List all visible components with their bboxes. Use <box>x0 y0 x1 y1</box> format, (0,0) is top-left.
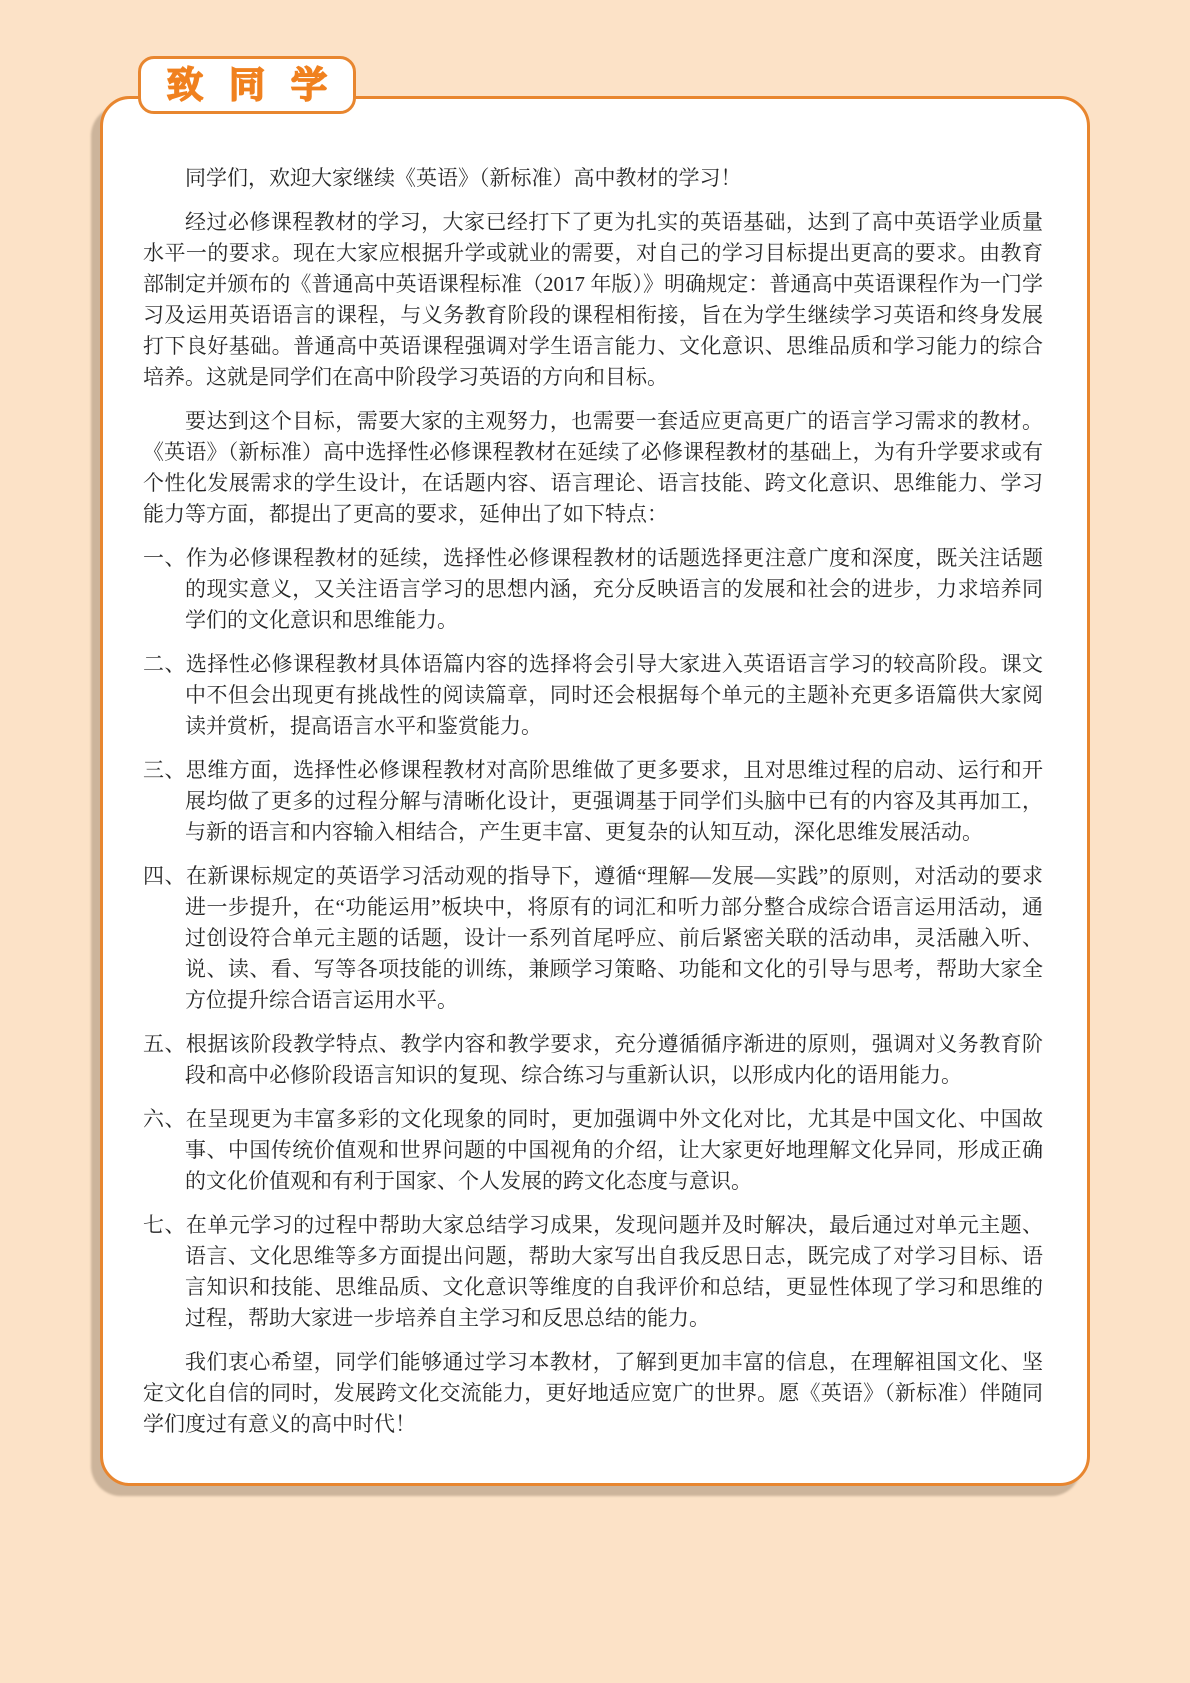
closing-paragraph: 我们衷心希望，同学们能够通过学习本教材，了解到更加丰富的信息，在理解祖国文化、坚… <box>143 1347 1043 1440</box>
list-item-text: 在新课标规定的英语学习活动观的指导下，遵循“理解—发展—实践”的原则，对活动的要… <box>185 864 1043 1012</box>
intro-paragraph: 要达到这个目标，需要大家的主观努力，也需要一套适应更高更广的语言学习需求的教材。… <box>143 406 1043 530</box>
list-item-marker: 二、 <box>143 652 186 676</box>
intro-paragraph: 同学们，欢迎大家继续《英语》（新标准）高中教材的学习！ <box>143 163 1043 194</box>
list-item: 一、作为必修课程教材的延续，选择性必修课程教材的话题选择更注意广度和深度，既关注… <box>143 543 1043 636</box>
title-badge: 致 同 学 <box>138 56 356 114</box>
list-item-marker: 五、 <box>143 1032 186 1056</box>
list-item-marker: 三、 <box>143 758 186 782</box>
list-item: 三、思维方面，选择性必修课程教材对高阶思维做了更多要求，且对思维过程的启动、运行… <box>143 755 1043 848</box>
list-item-text: 作为必修课程教材的延续，选择性必修课程教材的话题选择更注意广度和深度，既关注话题… <box>185 546 1043 632</box>
letter-body: 同学们，欢迎大家继续《英语》（新标准）高中教材的学习！ 经过必修课程教材的学习，… <box>103 99 1087 1440</box>
content-card: 同学们，欢迎大家继续《英语》（新标准）高中教材的学习！ 经过必修课程教材的学习，… <box>100 96 1090 1486</box>
list-item-marker: 一、 <box>143 546 186 570</box>
list-item-text: 根据该阶段教学特点、教学内容和教学要求，充分遵循循序渐进的原则，强调对义务教育阶… <box>185 1032 1043 1087</box>
list-item-marker: 四、 <box>143 864 186 888</box>
intro-paragraph: 经过必修课程教材的学习，大家已经打下了更为扎实的英语基础，达到了高中英语学业质量… <box>143 207 1043 393</box>
list-item: 五、根据该阶段教学特点、教学内容和教学要求，充分遵循循序渐进的原则，强调对义务教… <box>143 1029 1043 1091</box>
list-item-text: 思维方面，选择性必修课程教材对高阶思维做了更多要求，且对思维过程的启动、运行和开… <box>185 758 1043 844</box>
list-item-text: 在呈现更为丰富多彩的文化现象的同时，更加强调中外文化对比，尤其是中国文化、中国故… <box>185 1107 1043 1193</box>
list-item: 二、选择性必修课程教材具体语篇内容的选择将会引导大家进入英语语言学习的较高阶段。… <box>143 649 1043 742</box>
list-item-marker: 六、 <box>143 1107 186 1131</box>
list-item-text: 在单元学习的过程中帮助大家总结学习成果，发现问题并及时解决，最后通过对单元主题、… <box>185 1213 1043 1330</box>
list-item-text: 选择性必修课程教材具体语篇内容的选择将会引导大家进入英语语言学习的较高阶段。课文… <box>185 652 1043 738</box>
list-item: 四、在新课标规定的英语学习活动观的指导下，遵循“理解—发展—实践”的原则，对活动… <box>143 861 1043 1016</box>
title-badge-label: 致 同 学 <box>167 67 335 103</box>
list-item: 六、在呈现更为丰富多彩的文化现象的同时，更加强调中外文化对比，尤其是中国文化、中… <box>143 1104 1043 1197</box>
list-item: 七、在单元学习的过程中帮助大家总结学习成果，发现问题并及时解决，最后通过对单元主… <box>143 1210 1043 1334</box>
list-item-marker: 七、 <box>143 1213 186 1237</box>
